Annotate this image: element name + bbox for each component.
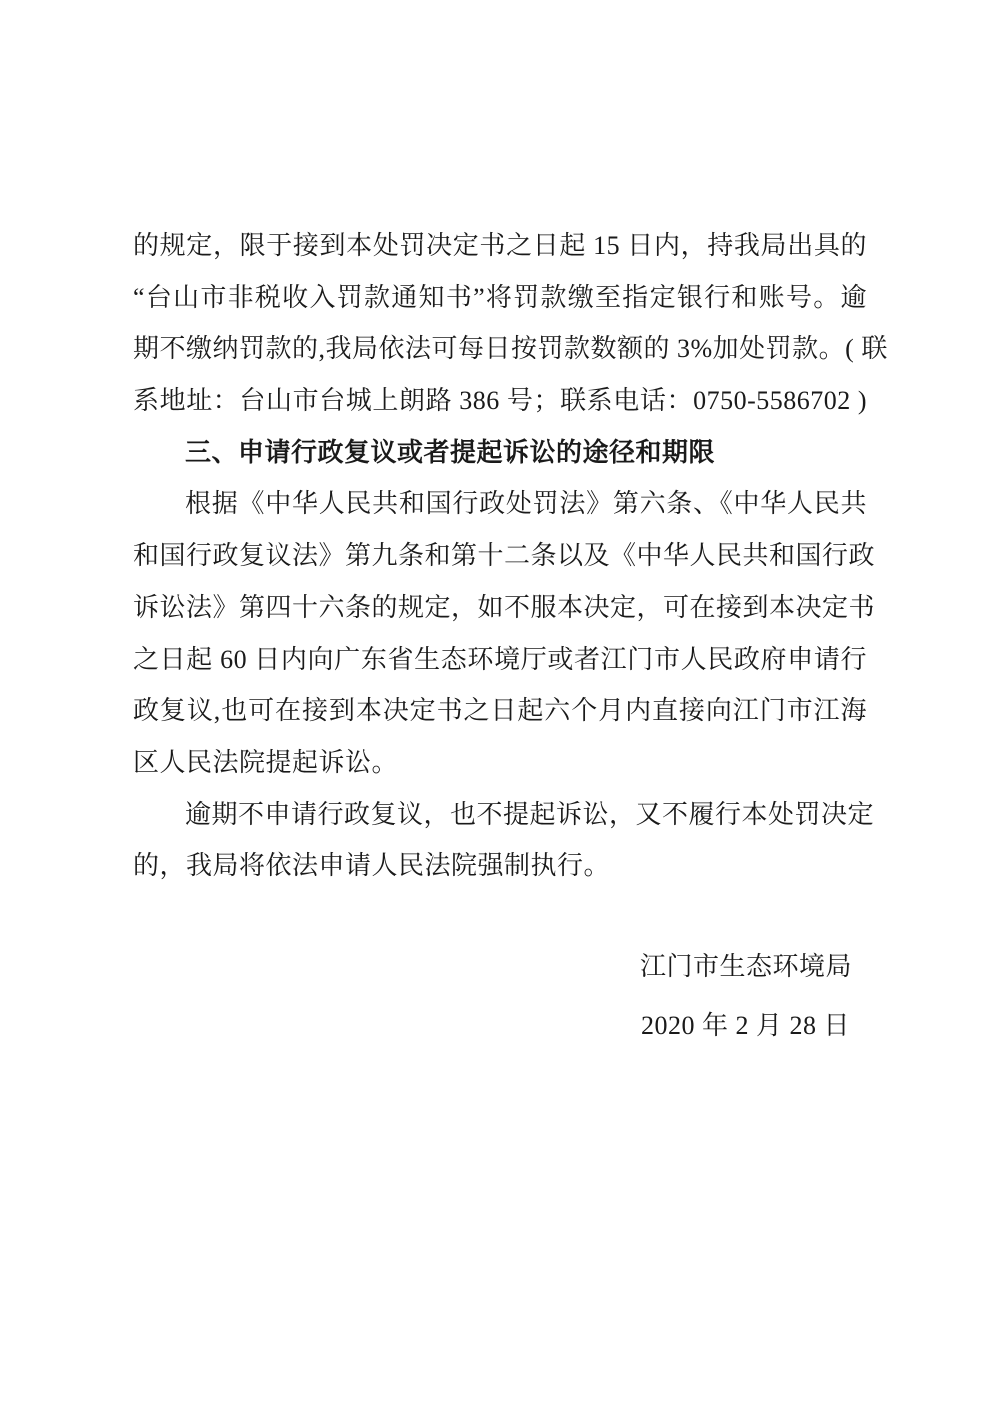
paragraph-last-line: 区人民法院提起诉讼。 <box>133 737 867 789</box>
signature-block: 江门市生态环境局 2020 年 2 月 28 日 <box>133 937 867 1055</box>
paragraph-line: 之日起 60 日内向广东省生态环境厅或者江门市人民政府申请行 <box>133 634 867 686</box>
paragraph-line: 根据《中华人民共和国行政处罚法》第六条、《中华人民共 <box>133 478 867 530</box>
issuing-authority: 江门市生态环境局 <box>133 937 867 996</box>
issue-date: 2020 年 2 月 28 日 <box>133 996 867 1055</box>
paragraph-line: 逾期不申请行政复议，也不提起诉讼，又不履行本处罚决定 <box>133 789 867 841</box>
document-body: 的规定，限于接到本处罚决定书之日起 15 日内，持我局出具的 “台山市非税收入罚… <box>133 220 867 1055</box>
paragraph-last-line: 的，我局将依法申请人民法院强制执行。 <box>133 840 867 892</box>
paragraph-line: 的规定，限于接到本处罚决定书之日起 15 日内，持我局出具的 <box>133 220 867 272</box>
paragraph-line: 系地址：台山市台城上朗路 386 号；联系电话：0750-5586702 ) <box>133 375 867 427</box>
section-3-heading: 三、申请行政复议或者提起诉讼的途径和期限 <box>133 427 867 479</box>
paragraph-line: 和国行政复议法》第九条和第十二条以及《中华人民共和国行政 <box>133 530 867 582</box>
paragraph-line: 政复议,也可在接到本决定书之日起六个月内直接向江门市江海 <box>133 685 867 737</box>
paragraph-line: 诉讼法》第四十六条的规定，如不服本决定，可在接到本决定书 <box>133 582 867 634</box>
paragraph-line: 期不缴纳罚款的,我局依法可每日按罚款数额的 3%加处罚款。( 联 <box>133 323 867 375</box>
paragraph-line: “台山市非税收入罚款通知书”将罚款缴至指定银行和账号。逾 <box>133 272 867 324</box>
document-page: 的规定，限于接到本处罚决定书之日起 15 日内，持我局出具的 “台山市非税收入罚… <box>0 0 992 1403</box>
